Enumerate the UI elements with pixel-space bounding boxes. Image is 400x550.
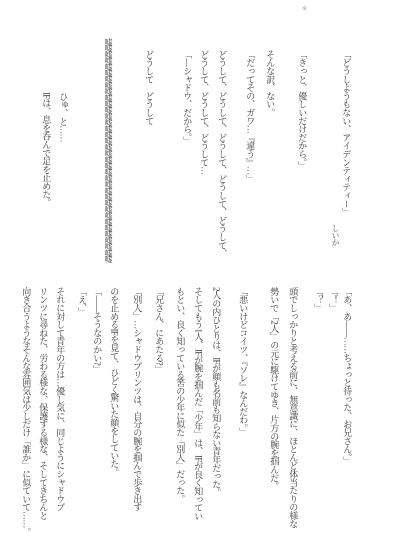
repeated-kanji-column: 嘘嘘嘘嘘嘘嘘嘘嘘嘘嘘嘘嘘嘘嘘嘘嘘嘘嘘嘘嘘嘘嘘嘘嘘嘘嘘嘘嘘嘘嘘嘘嘘嘘嘘嘘嘘 (103, 38, 113, 261)
text-column: 「兄さん、にあたる?」 (153, 287, 164, 373)
text-column: ひゅ、と…… (57, 92, 68, 142)
text-column: そしてもう1人、IFが腕を掴んだ「少年」は、IFが良く知ってい (192, 287, 203, 520)
text-column: IFは、息を呑んで足を止めた。 (40, 92, 51, 207)
text-column: 頭でしっかりと考える前に、無意識に、ほとんど体当たりの様な (287, 287, 298, 528)
text-column: 「だってその、ガワ…『違う』…」 (244, 50, 255, 183)
text-column: どうして、どうして、どうして… (198, 50, 209, 175)
text-column: 向き合うようなそんな雰囲気は少しだけ「誰か」に似ていて……。 (20, 287, 31, 536)
text-column: 「――そうなのかい?」 (91, 287, 102, 373)
novel-page: ※ 「どうしようもない、アイデンティティー」 しいか 「きっと、優しいだけだから… (0, 0, 400, 550)
text-column: もとい、良く知っている筈の少年に似た「別人」だった。 (174, 287, 185, 503)
text-column: 「あ、あ――……ちょっと待った、お兄さん。」 (341, 287, 352, 465)
text-column: それに対して青年の方は…優し気に、同じようにシャドウプ (54, 287, 65, 511)
text-column: そんな訳、ない。 (264, 50, 275, 116)
text-column: 2人の内ひとりは、IFが顔も名前も知らない青年だった。 (210, 287, 221, 497)
text-column: どうして、どうして、どうして、どうして、どうして、 (216, 50, 227, 258)
text-column: どうして どうして (143, 50, 154, 125)
text-column: リンツに尋ねた、労わる様な、保護する様な、そしてきちんと (37, 287, 48, 519)
text-column: 「―シャドウ、だから。」 (181, 50, 192, 145)
page-corner-mark: ※ (302, 5, 307, 12)
text-column: のを止めるIFを見て、ひどく驚いた顔をしていた。 (108, 287, 119, 476)
text-column: 「悪いけどコイツ、『ソレ』なんだわ。」 (237, 287, 248, 436)
text-column: 「どうしようもない、アイデンティティー」 (340, 50, 351, 216)
text-column: 「きっと、優しいだけだから。」 (296, 50, 307, 170)
text-column: 「！」 (327, 287, 338, 312)
text-column: 「？」 (312, 287, 323, 312)
text-column: しいか (330, 224, 340, 246)
text-column: 「え、」 (76, 287, 87, 316)
text-column: 「別人」…シャドウプリンツは、自分の腕を掴んで歩き出す (131, 287, 142, 511)
text-column: 勢いで「2人」の元に駆けてゆき、片方の腕を掴んだ。 (268, 287, 279, 490)
